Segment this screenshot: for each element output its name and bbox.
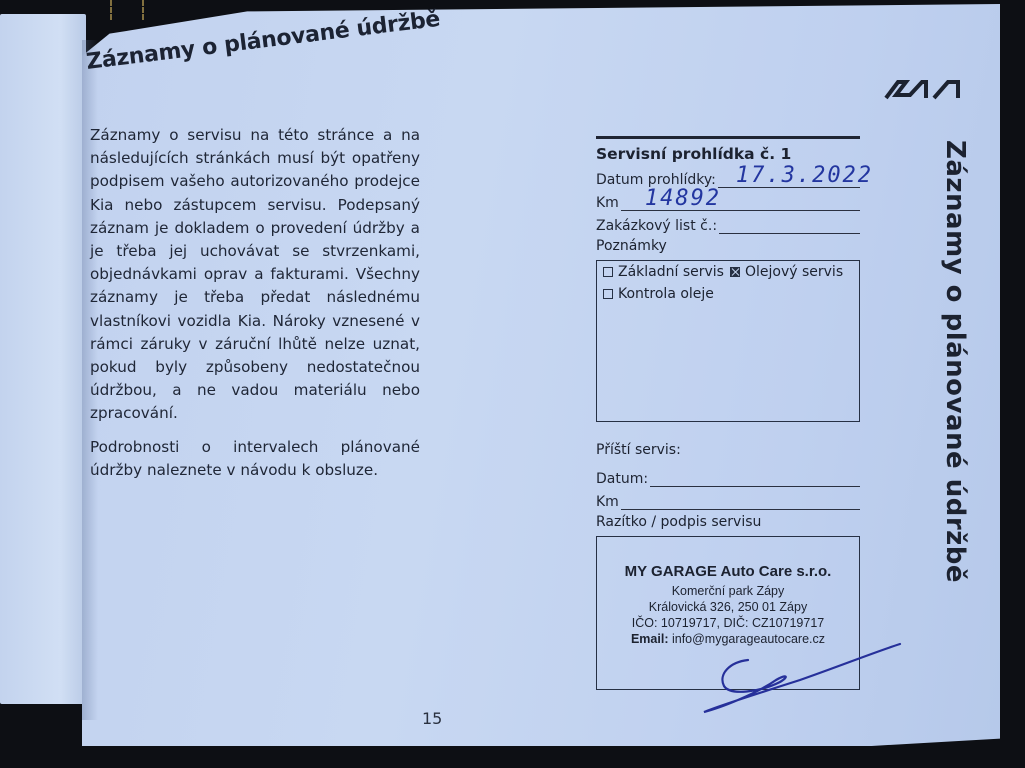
stamp-signature-label: Razítko / podpis servisu: [596, 514, 860, 536]
stamp-email-label: Email:: [631, 632, 669, 646]
body-text: Záznamy o servisu na této stránce a na n…: [90, 124, 420, 492]
handwritten-signature-icon: [690, 640, 910, 720]
next-service-date-field[interactable]: Datum:: [596, 464, 860, 487]
stamp-company-ids: IČO: 10719717, DIČ: CZ10719717: [597, 615, 859, 631]
section-title-vertical: Záznamy o plánované údržbě: [940, 140, 970, 583]
next-service-km-field[interactable]: Km: [596, 487, 860, 510]
form-top-rule: [596, 136, 860, 139]
km-value: 14892: [645, 186, 721, 211]
stamp-address-2: Královická 326, 250 01 Zápy: [597, 599, 859, 615]
inspection-date-value: 17.3.2022: [736, 163, 873, 188]
km-label: Km: [596, 195, 619, 211]
checkbox-row-2: Kontrola oleje: [603, 283, 853, 305]
next-service-date-label: Datum:: [596, 471, 648, 487]
paragraph-maintenance-intervals: Podrobnosti o intervalech plánované údrž…: [90, 436, 420, 482]
previous-page-edge: [0, 14, 86, 704]
oil-service-label: Olejový servis: [745, 264, 843, 280]
oil-check-checkbox[interactable]: [603, 289, 613, 299]
background-fabric-stitch: [110, 0, 144, 20]
basic-service-checkbox[interactable]: [603, 267, 613, 277]
km-field[interactable]: Km 14892: [596, 188, 860, 211]
next-service-km-line: [621, 491, 860, 510]
basic-service-label: Základní servis: [618, 264, 724, 280]
stamp-address-1: Komerční park Zápy: [597, 583, 859, 599]
inspection-date-field[interactable]: Datum prohlídky: 17.3.2022: [596, 165, 860, 188]
next-service-date-line: [650, 468, 860, 487]
order-number-label: Zakázkový list č.:: [596, 218, 717, 234]
order-number-field[interactable]: Zakázkový list č.:: [596, 211, 860, 234]
checkbox-row-1: Základní servis Olejový servis: [603, 261, 853, 283]
next-service-label: Příští servis:: [596, 442, 860, 464]
notes-box: Základní servis Olejový servis Kontrola …: [596, 260, 860, 422]
form-title: Servisní prohlídka č. 1: [596, 145, 860, 163]
service-stamp: MY GARAGE Auto Care s.r.o. Komerční park…: [597, 563, 859, 647]
paragraph-service-records: Záznamy o servisu na této stránce a na n…: [90, 124, 420, 426]
km-line: 14892: [621, 192, 860, 211]
kia-logo-icon: [884, 78, 960, 100]
inspection-date-line: 17.3.2022: [718, 169, 860, 188]
stamp-company-name: MY GARAGE Auto Care s.r.o.: [597, 563, 859, 580]
page-number: 15: [422, 709, 442, 728]
oil-check-label: Kontrola oleje: [618, 286, 714, 302]
order-number-line: [719, 215, 860, 234]
oil-service-checkbox[interactable]: [730, 267, 740, 277]
service-record-form: Servisní prohlídka č. 1 Datum prohlídky:…: [596, 136, 860, 690]
next-service-km-label: Km: [596, 494, 619, 510]
notes-label: Poznámky: [596, 238, 860, 260]
